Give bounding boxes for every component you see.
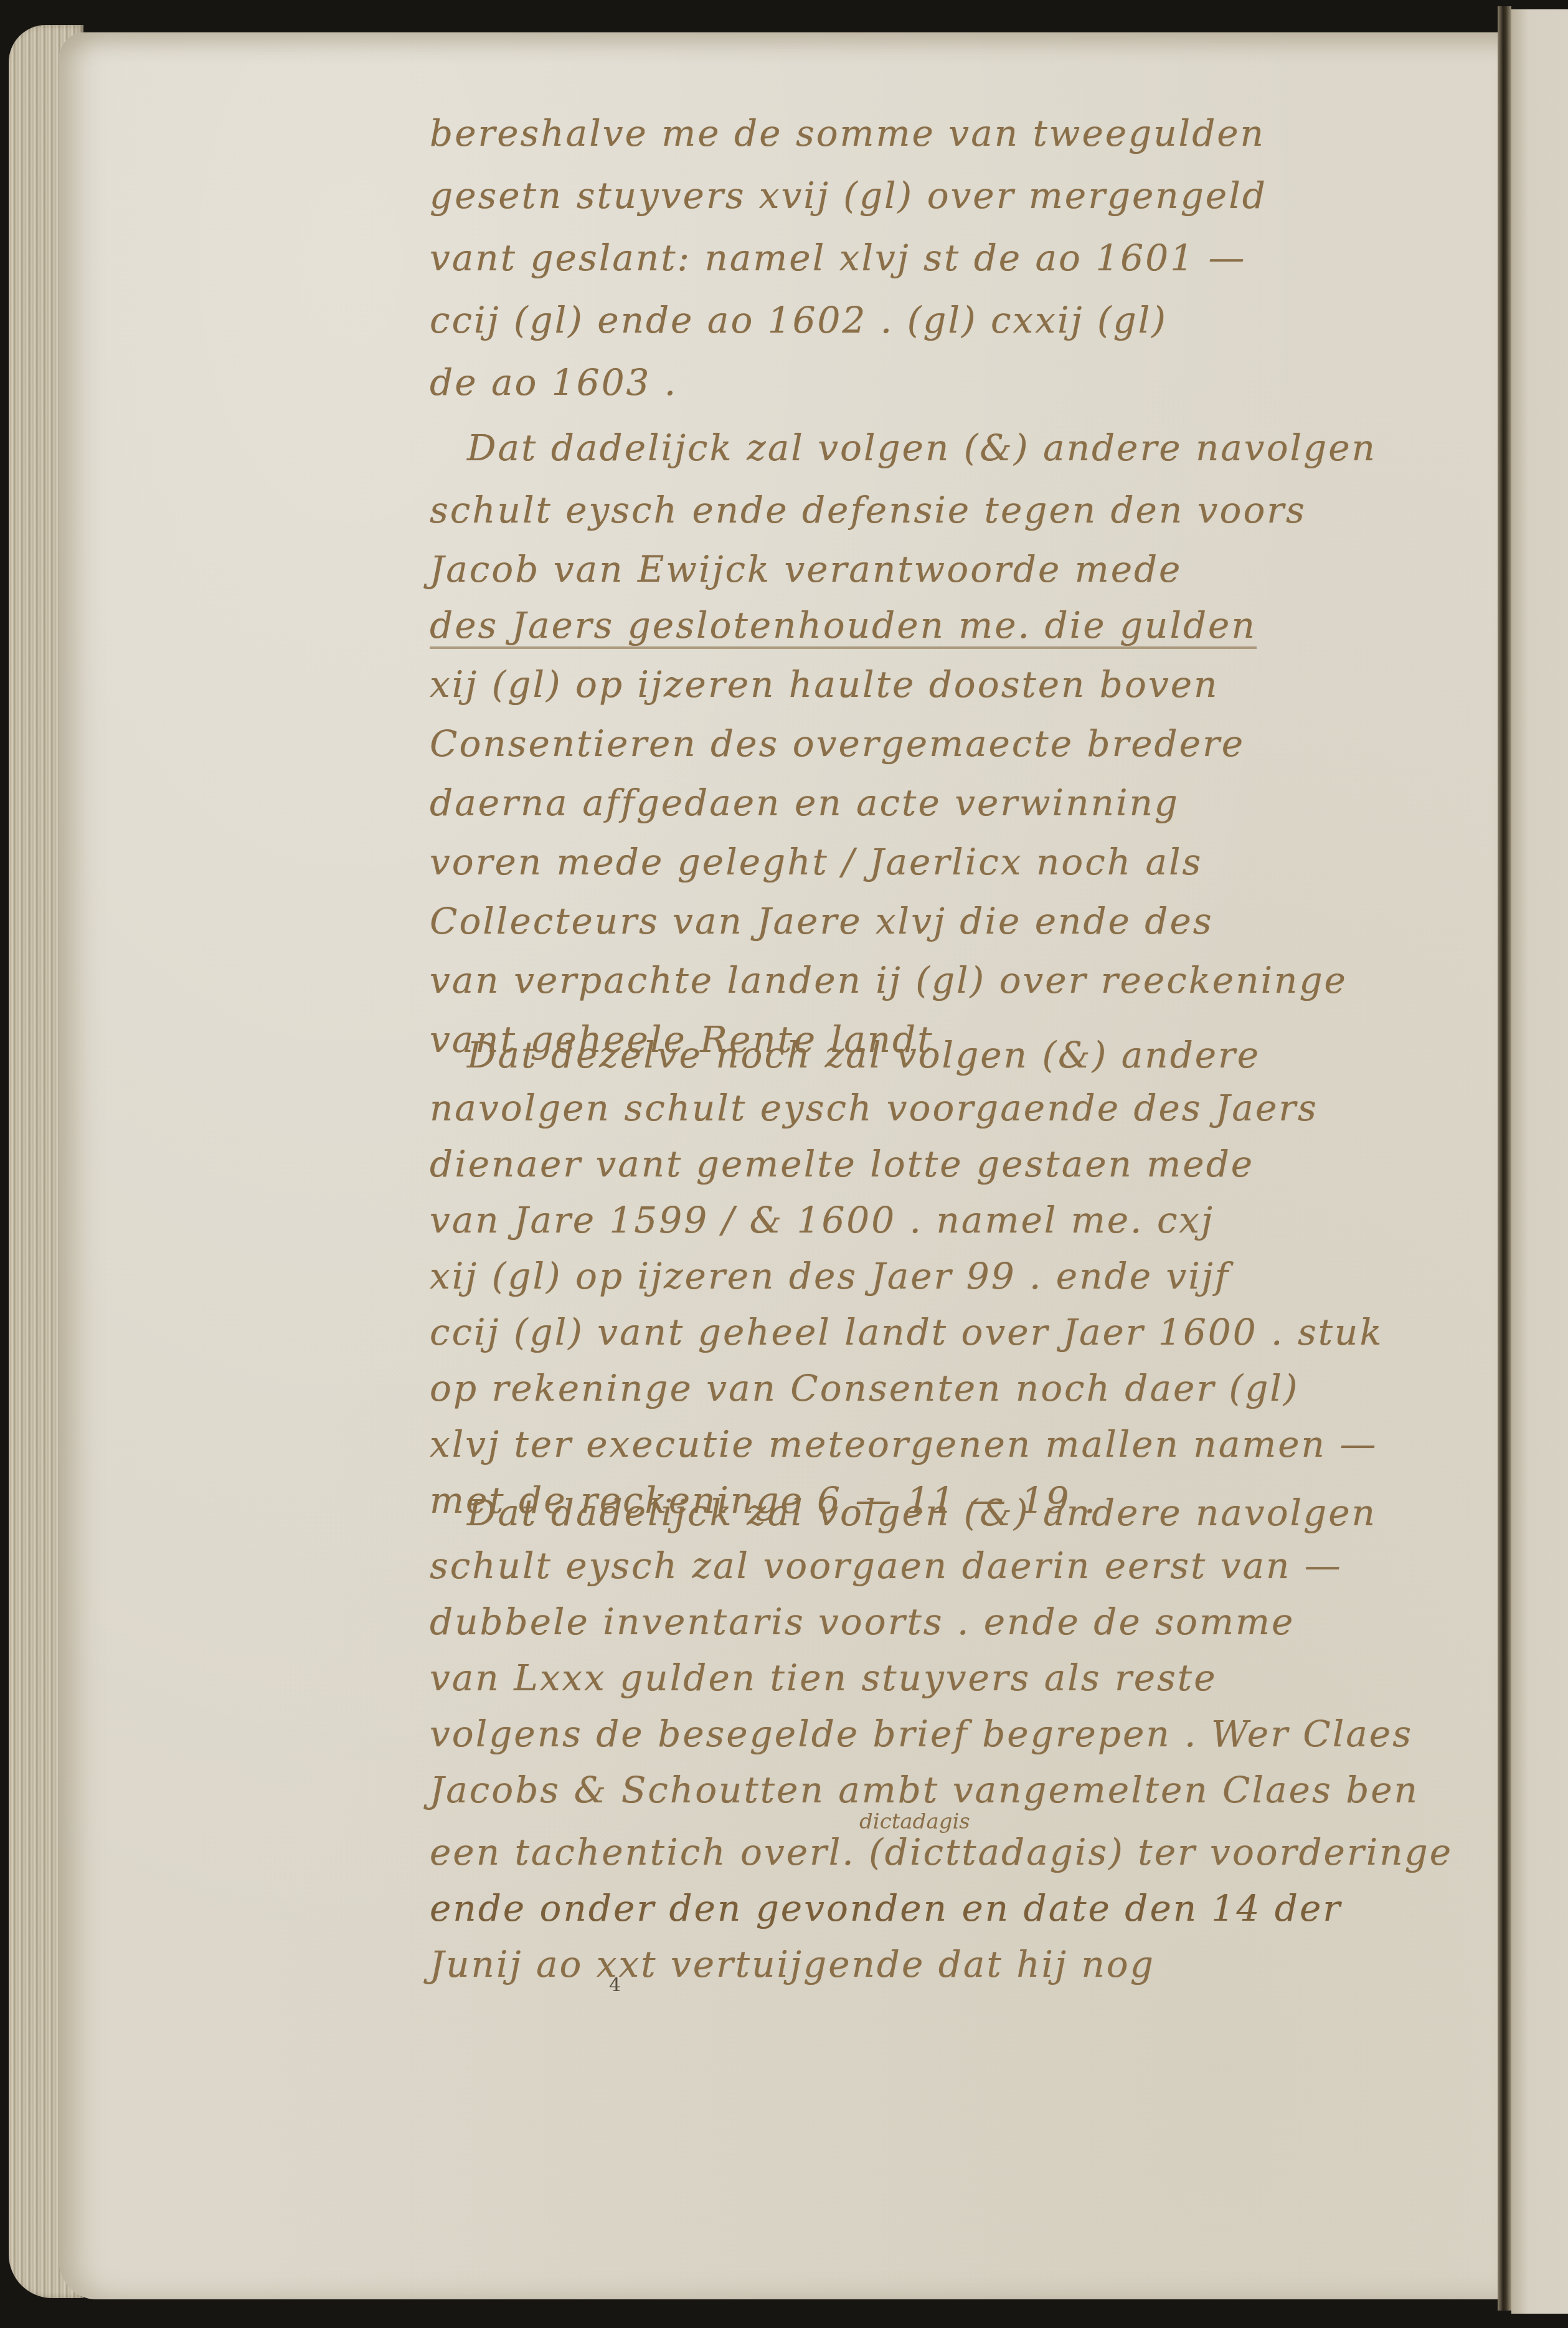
text-line-initial: Dat dezelve noch zal volgen (&) andere xyxy=(467,1034,1260,1076)
text-line: xlvj ter executie meteorgenen mallen nam… xyxy=(430,1423,1377,1465)
folio-mark: 4 xyxy=(609,1974,621,1996)
text-line: Jacob van Ewijck verantwoorde mede xyxy=(430,548,1182,590)
text-line: op rekeninge van Consenten noch daer (gl… xyxy=(430,1367,1299,1409)
text-line: dubbele inventaris voorts . ende de somm… xyxy=(430,1601,1295,1643)
book-gutter xyxy=(1498,6,1511,2311)
text-line: dienaer vant gemelte lotte gestaen mede xyxy=(430,1143,1254,1185)
facing-page-edge xyxy=(1511,9,1568,2314)
text-line: een tachentich overl. (dicttadagis) ter … xyxy=(430,1831,1453,1873)
text-line: van Lxxx gulden tien stuyvers als reste xyxy=(430,1657,1217,1699)
text-line: Collecteurs van Jaere xlvj die ende des xyxy=(430,900,1214,942)
text-line: ccij (gl) ende ao 1602 . (gl) cxxij (gl) xyxy=(430,299,1168,341)
text-line: navolgen schult eysch voorgaende des Jae… xyxy=(430,1087,1318,1129)
text-line: de ao 1603 . xyxy=(430,361,678,404)
text-line: schult eysch zal voorgaen daerin eerst v… xyxy=(430,1545,1343,1587)
text-line: vant geslant: namel xlvj st de ao 1601 — xyxy=(430,237,1247,279)
text-line: van Jare 1599 / & 1600 . namel me. cxj xyxy=(430,1199,1214,1241)
text-line: Jacobs & Schoutten ambt vangemelten Clae… xyxy=(430,1769,1419,1811)
text-line: volgens de besegelde brief begrepen . We… xyxy=(430,1713,1413,1755)
text-line: van verpachte landen ij (gl) over reecke… xyxy=(430,959,1348,1001)
text-line: xij (gl) op ijzeren haulte doosten boven xyxy=(430,663,1219,706)
text-line: gesetn stuyvers xvij (gl) over mergengel… xyxy=(430,174,1267,217)
text-line: Junij ao xxt vertuijgende dat hij nog xyxy=(430,1943,1155,1985)
text-line: des Jaers geslotenhouden me. die gulden xyxy=(430,604,1257,649)
text-line: xij (gl) op ijzeren des Jaer 99 . ende v… xyxy=(430,1255,1230,1297)
text-line-initial: Dat dadelijck zal volgen (&) andere navo… xyxy=(467,1492,1377,1534)
interlinear-insertion: dictadagis xyxy=(859,1809,970,1834)
text-line: bereshalve me de somme van tweegulden xyxy=(430,112,1265,154)
text-line: voren mede geleght / Jaerlicx noch als xyxy=(430,841,1202,883)
text-line: ccij (gl) vant geheel landt over Jaer 16… xyxy=(430,1311,1384,1353)
text-line: Consentieren des overgemaecte bredere xyxy=(430,722,1245,765)
text-line: daerna affgedaen en acte verwinning xyxy=(430,782,1179,824)
text-line: ende onder den gevonden en date den 14 d… xyxy=(430,1887,1342,1929)
text-line: schult eysch ende defensie tegen den voo… xyxy=(430,489,1306,531)
text-line-initial: Dat dadelijck zal volgen (&) andere navo… xyxy=(467,427,1377,469)
